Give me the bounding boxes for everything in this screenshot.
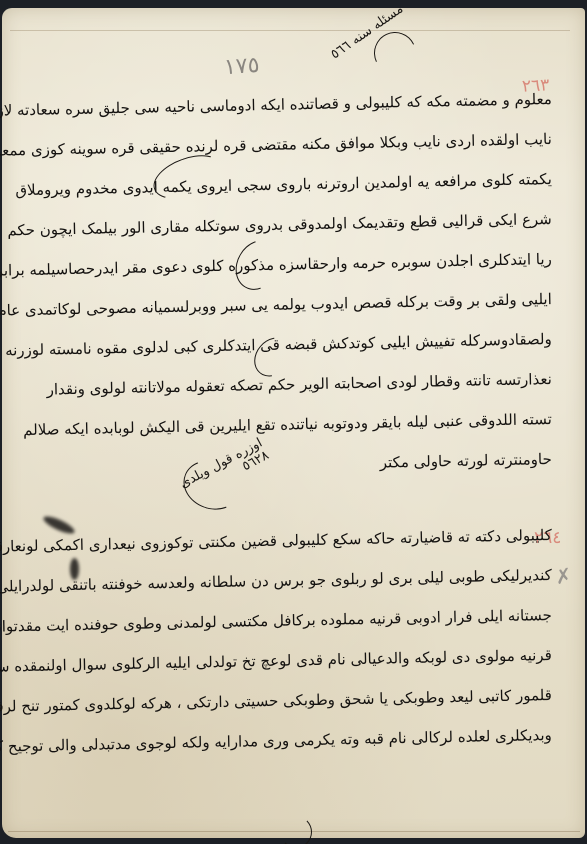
ink-swash-stroke [280, 816, 312, 844]
manuscript-page: ١٧٥ ٢٦٣ ٢٦٤ ✗ مسئله سنه ٥٦٦ معلوم و مضمت… [2, 8, 585, 838]
folio-number-pencil: ١٧٥ [223, 53, 260, 80]
manuscript-scan: ١٧٥ ٢٦٣ ٢٦٤ ✗ مسئله سنه ٥٦٦ معلوم و مضمت… [0, 0, 587, 844]
top-fold-line [10, 30, 570, 31]
text-section-2: کلیبولی دکته ته قاضیارته حاکه سکع کلیبول… [62, 526, 552, 766]
pencil-x-mark-icon: ✗ [553, 563, 574, 590]
text-section-1: معلوم و مضمته مکه که کلیبولی و قصاتنده ا… [62, 90, 552, 490]
